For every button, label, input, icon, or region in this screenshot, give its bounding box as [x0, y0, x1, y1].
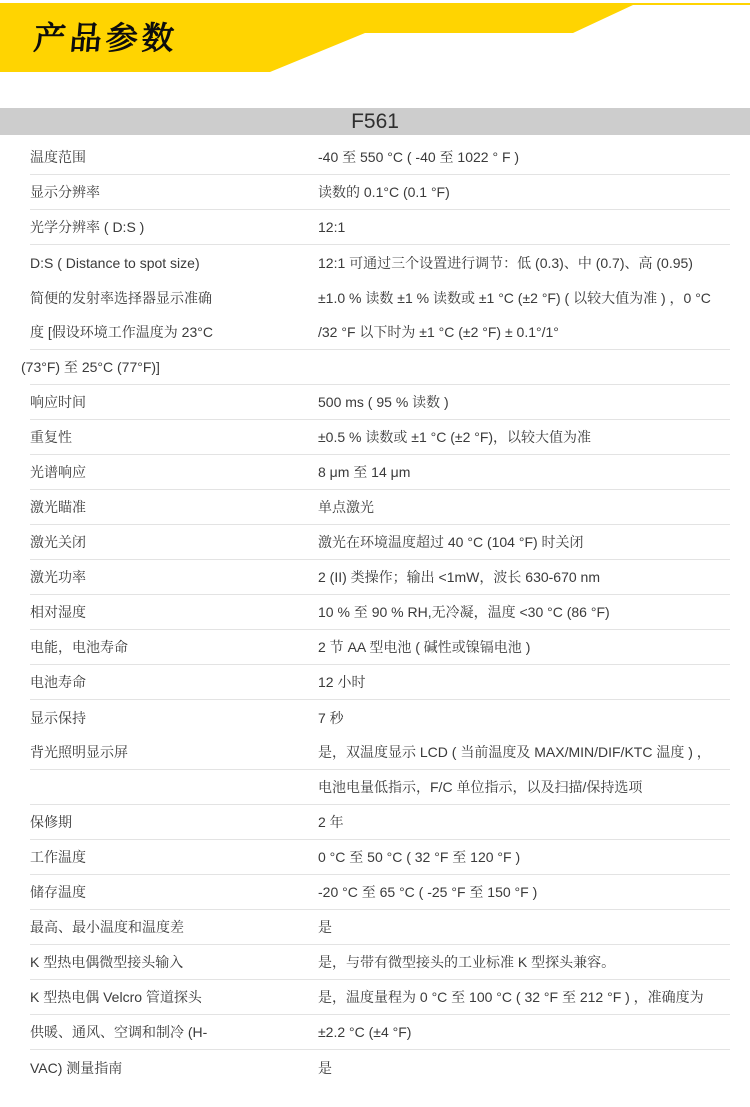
spec-label: 保修期	[30, 812, 318, 832]
spec-value: 是，双温度显示 LCD ( 当前温度及 MAX/MIN/DIF/KTC 温度 )…	[318, 742, 730, 762]
spec-row: 显示保持7 秒	[30, 700, 730, 735]
spec-label: 供暖、通风、空调和制冷 (H-	[30, 1022, 318, 1042]
spec-row: 光学分辨率 ( D:S )12:1	[30, 210, 730, 245]
spec-value: 2 年	[318, 812, 730, 832]
spec-value: 是，与带有微型接头的工业标准 K 型探头兼容。	[318, 952, 730, 972]
spec-row: 电池电量低指示，F/C 单位指示，以及扫描/保持选项	[30, 770, 730, 805]
spec-row: 重复性±0.5 % 读数或 ±1 °C (±2 °F)，以较大值为准	[30, 420, 730, 455]
spec-label: 光学分辨率 ( D:S )	[30, 217, 318, 237]
spec-value: 8 μm 至 14 μm	[318, 462, 730, 482]
spec-row: 激光关闭激光在环境温度超过 40 °C (104 °F) 时关闭	[30, 525, 730, 560]
spec-label: K 型热电偶微型接头输入	[30, 952, 318, 972]
spec-value: 12:1 可通过三个设置进行调节：低 (0.3)、中 (0.7)、高 (0.95…	[318, 253, 730, 273]
model-name: F561	[351, 110, 399, 134]
spec-row: 简便的发射率选择器显示准确±1.0 % 读数 ±1 % 读数或 ±1 °C (±…	[30, 280, 730, 315]
spec-label: 激光功率	[30, 567, 318, 587]
spec-label: 相对湿度	[30, 602, 318, 622]
spec-value: 单点激光	[318, 497, 730, 517]
model-header-bar: F561	[0, 108, 750, 135]
spec-label: 工作温度	[30, 847, 318, 867]
spec-row: 显示分辨率读数的 0.1°C (0.1 °F)	[30, 175, 730, 210]
spec-label: 激光关闭	[30, 532, 318, 552]
spec-row: 背光照明显示屏是，双温度显示 LCD ( 当前温度及 MAX/MIN/DIF/K…	[30, 735, 730, 770]
spec-label: 电池寿命	[30, 672, 318, 692]
spec-row: D:S ( Distance to spot size)12:1 可通过三个设置…	[30, 245, 730, 280]
spec-label: (73°F) 至 25°C (77°F)]	[21, 357, 309, 377]
spec-label: 光谱响应	[30, 462, 318, 482]
spec-label: 储存温度	[30, 882, 318, 902]
spec-value: 是	[318, 1058, 730, 1078]
spec-row: 电池寿命12 小时	[30, 665, 730, 700]
spec-value: ±2.2 °C (±4 °F)	[318, 1024, 730, 1040]
spec-label: 显示分辨率	[30, 182, 318, 202]
spec-value: 10 % 至 90 % RH,无冷凝，温度 <30 °C (86 °F)	[318, 602, 730, 622]
spec-row: K 型热电偶 Velcro 管道探头是，温度量程为 0 °C 至 100 °C …	[30, 980, 730, 1015]
spec-value: ±0.5 % 读数或 ±1 °C (±2 °F)，以较大值为准	[318, 427, 730, 447]
spec-value: 7 秒	[318, 708, 730, 728]
spec-label: 电能，电池寿命	[30, 637, 318, 657]
spec-row: 电能，电池寿命2 节 AA 型电池 ( 碱性或镍镉电池 )	[30, 630, 730, 665]
spec-value: 2 (II) 类操作；输出 <1mW，波长 630-670 nm	[318, 567, 730, 587]
spec-table: 温度范围-40 至 550 °C ( -40 至 1022 ° F )显示分辨率…	[0, 135, 750, 1085]
spec-value: 是，温度量程为 0 °C 至 100 °C ( 32 °F 至 212 °F )…	[318, 987, 730, 1007]
spec-row: 激光瞄准单点激光	[30, 490, 730, 525]
spec-label: D:S ( Distance to spot size)	[30, 255, 318, 271]
spec-row: 储存温度-20 °C 至 65 °C ( -25 °F 至 150 °F )	[30, 875, 730, 910]
spec-row: 工作温度0 °C 至 50 °C ( 32 °F 至 120 °F )	[30, 840, 730, 875]
spec-value: 激光在环境温度超过 40 °C (104 °F) 时关闭	[318, 532, 730, 552]
spec-label: 度 [假设环境工作温度为 23°C	[30, 322, 318, 342]
spec-value: 12:1	[318, 219, 730, 235]
spec-row: 保修期2 年	[30, 805, 730, 840]
spec-row: 度 [假设环境工作温度为 23°C/32 °F 以下时为 ±1 °C (±2 °…	[30, 315, 730, 350]
spec-value: 是	[318, 917, 730, 937]
spec-row: 响应时间500 ms ( 95 % 读数 )	[30, 385, 730, 420]
product-spec-page: 产品参数 F561 温度范围-40 至 550 °C ( -40 至 1022 …	[0, 0, 750, 1107]
spec-label: 显示保持	[30, 708, 318, 728]
spec-value: 2 节 AA 型电池 ( 碱性或镍镉电池 )	[318, 637, 730, 657]
spec-label: K 型热电偶 Velcro 管道探头	[30, 987, 318, 1007]
spec-value: 0 °C 至 50 °C ( 32 °F 至 120 °F )	[318, 847, 730, 867]
spec-row: 光谱响应8 μm 至 14 μm	[30, 455, 730, 490]
page-title: 产品参数	[32, 13, 180, 59]
spec-label: 简便的发射率选择器显示准确	[30, 288, 318, 308]
spec-value: 读数的 0.1°C (0.1 °F)	[318, 182, 730, 202]
spec-label: VAC) 测量指南	[30, 1058, 318, 1078]
spec-label: 温度范围	[30, 147, 318, 167]
spec-row: VAC) 测量指南是	[30, 1050, 730, 1085]
spec-value: -40 至 550 °C ( -40 至 1022 ° F )	[318, 147, 730, 167]
spec-value: 电池电量低指示，F/C 单位指示，以及扫描/保持选项	[318, 777, 730, 797]
spec-value: ±1.0 % 读数 ±1 % 读数或 ±1 °C (±2 °F) ( 以较大值为…	[318, 288, 730, 308]
spec-value: /32 °F 以下时为 ±1 °C (±2 °F) ± 0.1°/1°	[318, 322, 730, 342]
spec-label: 响应时间	[30, 392, 318, 412]
spec-row: 供暖、通风、空调和制冷 (H-±2.2 °C (±4 °F)	[30, 1015, 730, 1050]
spec-row: 相对湿度10 % 至 90 % RH,无冷凝，温度 <30 °C (86 °F)	[30, 595, 730, 630]
spec-label: 激光瞄准	[30, 497, 318, 517]
spec-label: 背光照明显示屏	[30, 742, 318, 762]
spec-row: (73°F) 至 25°C (77°F)]	[30, 350, 730, 385]
spec-row: 最高、最小温度和温度差是	[30, 910, 730, 945]
spec-value: 500 ms ( 95 % 读数 )	[318, 392, 730, 412]
spec-row: 激光功率2 (II) 类操作；输出 <1mW，波长 630-670 nm	[30, 560, 730, 595]
spec-label: 最高、最小温度和温度差	[30, 917, 318, 937]
spec-value: 12 小时	[318, 672, 730, 692]
spec-row: 温度范围-40 至 550 °C ( -40 至 1022 ° F )	[30, 140, 730, 175]
banner: 产品参数	[0, 3, 750, 72]
spec-row: K 型热电偶微型接头输入是，与带有微型接头的工业标准 K 型探头兼容。	[30, 945, 730, 980]
spec-label: 重复性	[30, 427, 318, 447]
spec-value: -20 °C 至 65 °C ( -25 °F 至 150 °F )	[318, 882, 730, 902]
